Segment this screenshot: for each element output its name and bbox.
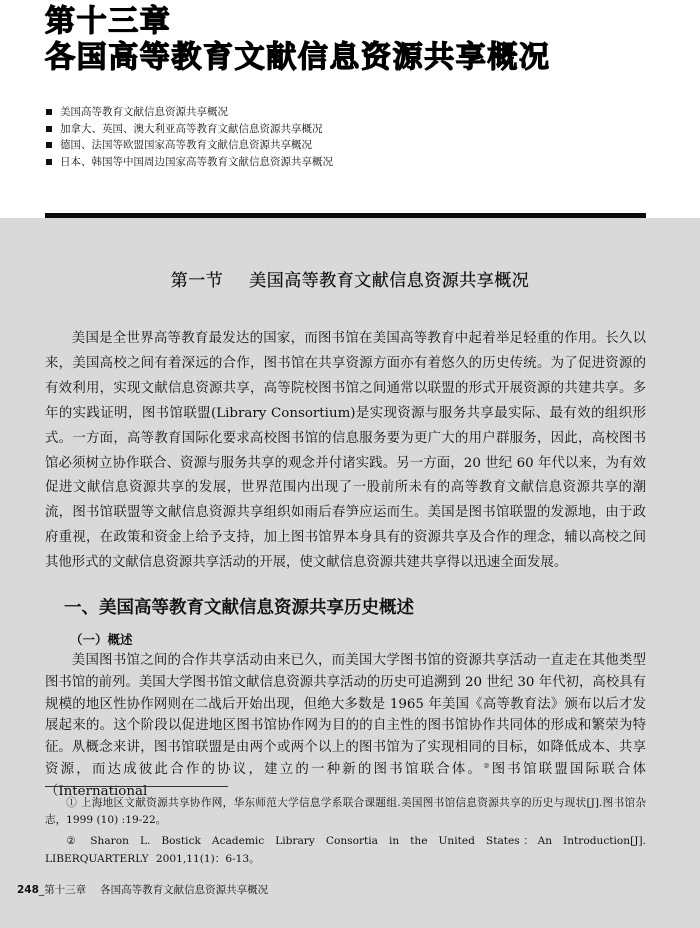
footnote-1: ① 上海地区文献资源共享协作网，华东师范大学信息学系联合课题组.美国图书馆信息资… — [45, 795, 646, 829]
running-footer: 248_第十三章各国高等教育文献信息资源共享概况 — [17, 882, 268, 897]
chapter-contents-list: 美国高等教育文献信息资源共享概况 加拿大、英国、澳大利亚高等教育文献信息资源共享… — [45, 104, 333, 170]
section-title: 第一节美国高等教育文献信息资源共享概况 — [0, 266, 700, 291]
contents-item: 加拿大、英国、澳大利亚高等教育文献信息资源共享概况 — [45, 121, 333, 138]
footnotes: ① 上海地区文献资源共享协作网，华东师范大学信息学系联合课题组.美国图书馆信息资… — [45, 795, 646, 868]
contents-item-label: 加拿大、英国、澳大利亚高等教育文献信息资源共享概况 — [60, 121, 323, 138]
page-body: 第一节美国高等教育文献信息资源共享概况 美国是全世界高等教育最发达的国家，而图书… — [0, 218, 700, 928]
section-name: 美国高等教育文献信息资源共享概况 — [249, 271, 529, 291]
chapter-number: 第十三章 — [45, 4, 551, 40]
contents-item: 德国、法国等欧盟国家高等教育文献信息资源共享概况 — [45, 137, 333, 154]
square-bullet-icon — [46, 126, 52, 132]
contents-item-label: 美国高等教育文献信息资源共享概况 — [60, 104, 228, 121]
footnote-divider — [45, 786, 228, 787]
chapter-name: 各国高等教育文献信息资源共享概况 — [45, 40, 551, 76]
concept-paragraph: 从概念来讲，图书馆联盟是由两个或两个以上的图书馆为了实现相同的目标，如降低成本、… — [45, 737, 646, 802]
chapter-title: 第十三章 各国高等教育文献信息资源共享概况 — [45, 4, 551, 76]
contents-item: 日本、韩国等中国周边国家高等教育文献信息资源共享概况 — [45, 154, 333, 171]
square-bullet-icon — [46, 109, 52, 115]
footer-chapter-label: 第十三章 — [44, 884, 86, 896]
contents-item: 美国高等教育文献信息资源共享概况 — [45, 104, 333, 121]
section-number: 第一节 — [171, 271, 224, 291]
subsubsection-title: （一）概述 — [70, 630, 133, 648]
footer-chapter-title: 各国高等教育文献信息资源共享概况 — [100, 884, 268, 896]
chapter-header: 第十三章 各国高等教育文献信息资源共享概况 美国高等教育文献信息资源共享概况 加… — [0, 0, 700, 218]
square-bullet-icon — [46, 142, 52, 148]
contents-item-label: 德国、法国等欧盟国家高等教育文献信息资源共享概况 — [60, 137, 312, 154]
footnote-ref-2[interactable]: ② — [483, 762, 492, 770]
contents-item-label: 日本、韩国等中国周边国家高等教育文献信息资源共享概况 — [60, 154, 333, 171]
footnote-2: ② Sharon L. Bostick Academic Library Con… — [45, 833, 646, 867]
subsection-title: 一、美国高等教育文献信息资源共享历史概述 — [64, 594, 414, 619]
intro-paragraph: 美国是全世界高等教育最发达的国家，而图书馆在美国高等教育中起着举足轻重的作用。长… — [45, 327, 646, 576]
square-bullet-icon — [46, 159, 52, 165]
page-number: 248 — [17, 884, 39, 896]
